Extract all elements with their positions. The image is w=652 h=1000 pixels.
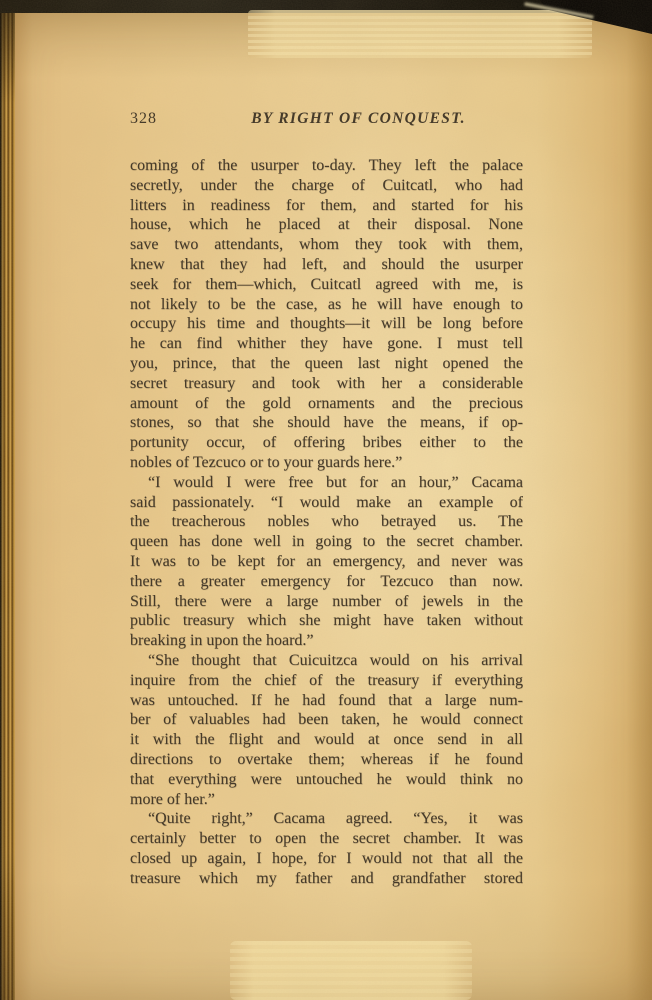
text-line: occupy his time and thoughts—it will be … xyxy=(130,314,523,334)
page-text: coming of the usurper to-day. They left … xyxy=(130,156,523,888)
text-line: house, which he placed at their disposal… xyxy=(130,215,523,235)
text-line: secret treasury and took with her a cons… xyxy=(130,374,523,394)
page-number: 328 xyxy=(130,110,157,128)
paragraph: coming of the usurper to-day. They left … xyxy=(130,156,523,473)
text-line: said passionately. “I would make an exam… xyxy=(130,493,523,513)
text-line: seek for them—which, Cuitcatl agreed wit… xyxy=(130,275,523,295)
text-line: it with the flight and would at once sen… xyxy=(130,730,523,750)
book-left-page-edges xyxy=(0,4,15,1000)
text-line: nobles of Tezcuco or to your guards here… xyxy=(130,453,523,473)
text-line: Still, there were a large number of jewe… xyxy=(130,592,523,612)
text-line: “I would I were free but for an hour,” C… xyxy=(130,473,523,493)
text-line: certainly better to open the secret cham… xyxy=(130,829,523,849)
text-line: “She thought that Cuicuitzca would on hi… xyxy=(130,651,523,671)
paragraph: “She thought that Cuicuitzca would on hi… xyxy=(130,651,523,809)
text-line: secretly, under the charge of Cuitcatl, … xyxy=(130,176,523,196)
text-line: save two attendants, whom they took with… xyxy=(130,235,523,255)
text-line: you, prince, that the queen last night o… xyxy=(130,354,523,374)
text-line: stones, so that she should have the mean… xyxy=(130,413,523,433)
text-line: that everything were untouched he would … xyxy=(130,770,523,790)
text-line: was untouched. If he had found that a la… xyxy=(130,691,523,711)
text-line: public treasury which she might have tak… xyxy=(130,611,523,631)
text-line: “Quite right,” Cacama agreed. “Yes, it w… xyxy=(130,809,523,829)
text-line: there a greater emergency for Tezcuco th… xyxy=(130,572,523,592)
text-line: It was to be kept for an emergency, and … xyxy=(130,552,523,572)
text-line: amount of the gold ornaments and the pre… xyxy=(130,394,523,414)
text-line: the treacherous nobles who betrayed us. … xyxy=(130,512,523,532)
page-header: 328 BY RIGHT OF CONQUEST. xyxy=(130,106,523,132)
text-line: directions to overtake them; whereas if … xyxy=(130,750,523,770)
text-line: not likely to be the case, as he will ha… xyxy=(130,295,523,315)
text-line: closed up again, I hope, for I would not… xyxy=(130,849,523,869)
text-line: inquire from the chief of the treasury i… xyxy=(130,671,523,691)
text-line: coming of the usurper to-day. They left … xyxy=(130,156,523,176)
text-line: more of her.” xyxy=(130,790,523,810)
text-line: knew that they had left, and should the … xyxy=(130,255,523,275)
paragraph: “I would I were free but for an hour,” C… xyxy=(130,473,523,651)
text-line: portunity occur, of offering bribes eith… xyxy=(130,433,523,453)
text-line: litters in readiness for them, and start… xyxy=(130,196,523,216)
text-column: 328 BY RIGHT OF CONQUEST. coming of the … xyxy=(130,106,523,966)
top-page-stack-band xyxy=(248,10,592,58)
text-line: breaking in upon the hoard.” xyxy=(130,631,523,651)
text-line: ber of valuables had been taken, he woul… xyxy=(130,710,523,730)
running-title: BY RIGHT OF CONQUEST. xyxy=(251,110,466,128)
text-line: he can find whither they have gone. I mu… xyxy=(130,334,523,354)
scanned-book-page: { "page": { "page_number": "328", "runni… xyxy=(0,0,652,1000)
text-line: treasure which my father and grandfather… xyxy=(130,869,523,889)
text-line: queen has done well in going to the secr… xyxy=(130,532,523,552)
paragraph: “Quite right,” Cacama agreed. “Yes, it w… xyxy=(130,809,523,888)
